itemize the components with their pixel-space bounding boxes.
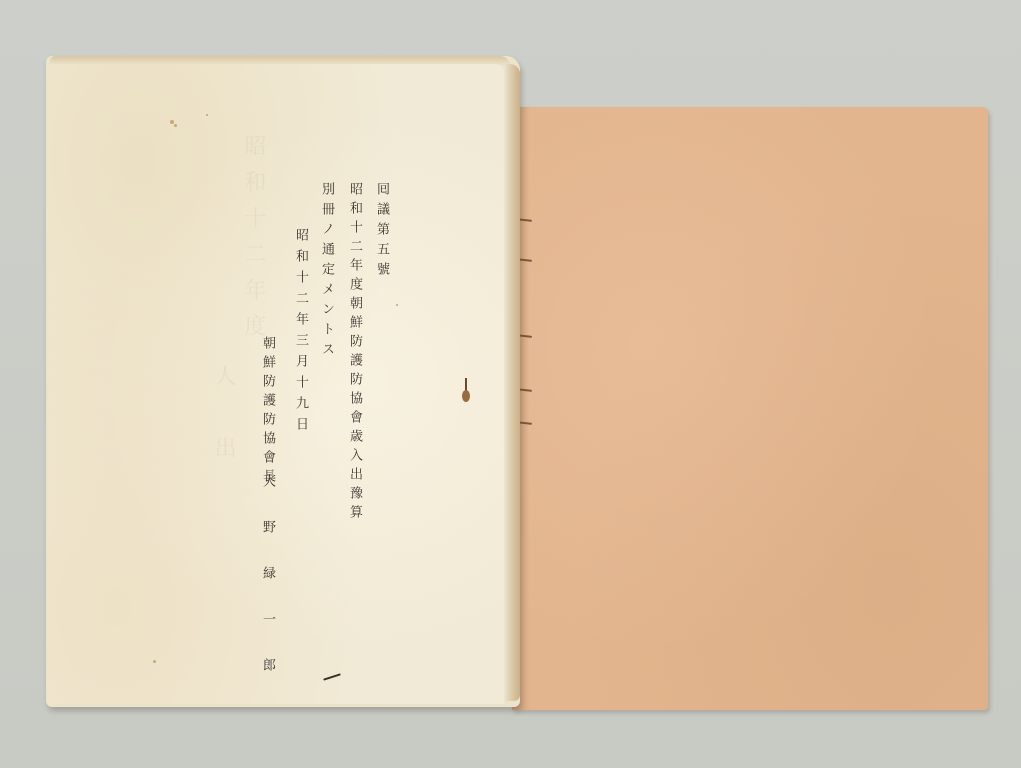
left-page-stack: 昭和十二年度 人 出 囘議第五號 昭和十二年度朝鮮防護防協會歳入出豫算 別冊ノ通…: [46, 56, 520, 707]
signatory-column: 大 野 緑 一 郎: [261, 474, 274, 681]
foxing-stain: [174, 124, 177, 127]
scan-background: 昭和十二年度 人 出 囘議第五號 昭和十二年度朝鮮防護防協會歳入出豫算 別冊ノ通…: [0, 0, 1021, 768]
foxing-stain: [170, 120, 174, 124]
pin-rust: [462, 390, 470, 402]
left-text-page: 昭和十二年度 人 出 囘議第五號 昭和十二年度朝鮮防護防協會歳入出豫算 別冊ノ通…: [48, 64, 504, 704]
bill-number-column: 囘議第五號: [375, 182, 388, 282]
stray-fiber: [323, 673, 341, 680]
rusted-pin: [462, 378, 470, 406]
foxing-stain: [396, 304, 398, 306]
page-stack-right-edge: [506, 64, 520, 701]
foxing-stain: [153, 660, 156, 663]
show-through-text: 昭和十二年度: [238, 134, 269, 350]
budget-title-column: 昭和十二年度朝鮮防護防協會歳入出豫算: [348, 182, 361, 524]
foxing-stain: [206, 114, 208, 116]
issuer-column: 朝鮮防護防協會長: [261, 336, 274, 488]
date-column: 昭和十二年三月十九日: [294, 228, 307, 438]
show-through-text: 人 出: [208, 364, 239, 472]
resolution-column: 別冊ノ通定メントス: [320, 182, 333, 362]
right-cover-page: [512, 107, 988, 710]
